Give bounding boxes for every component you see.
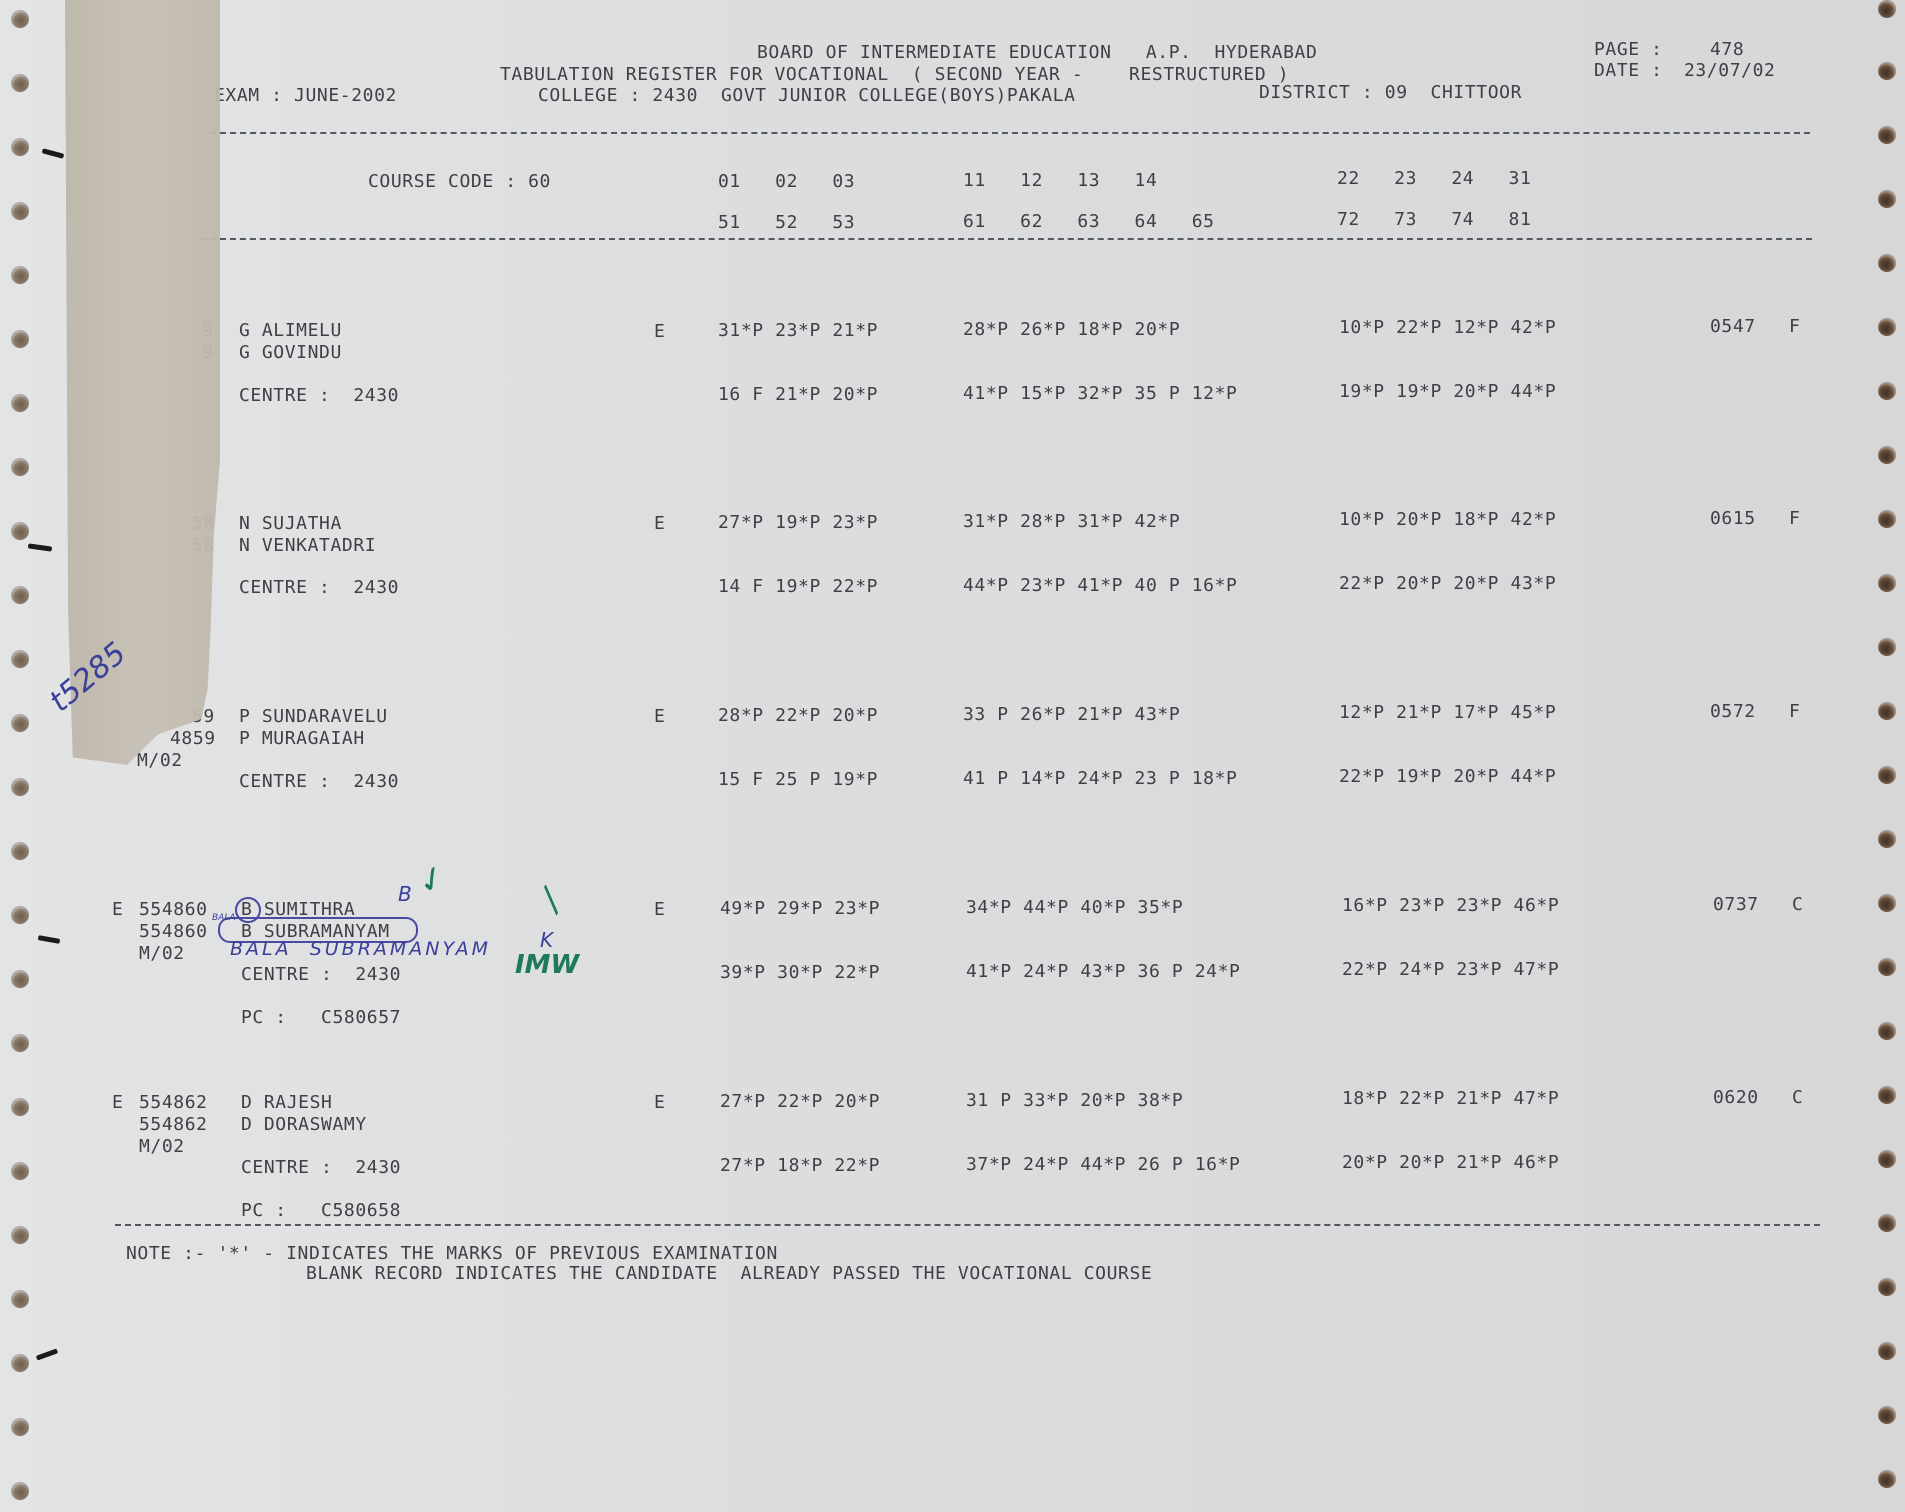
note-line-1: NOTE :- '*' - INDICATES THE MARKS OF PRE…: [126, 1243, 778, 1264]
marks-l2-g1: 15 F 25 P 19*P: [718, 769, 878, 790]
marks-l1-g1: 27*P 19*P 23*P: [718, 512, 878, 533]
sprocket-hole-icon: [11, 1354, 29, 1372]
marks-l1-g1: 49*P 29*P 23*P: [720, 898, 880, 919]
sprocket-hole-icon: [1878, 1086, 1896, 1104]
medium: E: [654, 1092, 665, 1113]
date-value: 23/07/02: [1684, 60, 1776, 81]
handwritten-correction: BALA SUBRAMANYAM: [230, 938, 491, 960]
centre: CENTRE : 2430: [239, 577, 399, 598]
sprocket-hole-icon: [11, 10, 29, 28]
sprocket-hole-icon: [11, 266, 29, 284]
marks-l1-g3: 16*P 23*P 23*P 46*P: [1342, 895, 1559, 916]
hall-ticket: 554862: [139, 1092, 208, 1113]
hall-ticket-2: 554862: [139, 1114, 208, 1135]
sprocket-hole-icon: [1878, 1150, 1896, 1168]
hall-ticket-2: 554860: [139, 921, 208, 942]
sprocket-hole-icon: [1878, 574, 1896, 592]
pc-number: PC : C580658: [241, 1200, 401, 1221]
binding-mark: [36, 1348, 58, 1360]
sprocket-hole-icon: [1878, 510, 1896, 528]
marks-l1-g2: 33 P 26*P 21*P 43*P: [963, 704, 1180, 725]
sprocket-hole-icon: [1878, 126, 1896, 144]
sprocket-hole-icon: [11, 1482, 29, 1500]
sprocket-hole-icon: [1878, 1214, 1896, 1232]
sprocket-hole-icon: [1878, 766, 1896, 784]
sprocket-hole-icon: [11, 714, 29, 732]
sprocket-hole-icon: [1878, 0, 1896, 18]
tick-mark-icon: ✓: [410, 856, 455, 905]
father-name: D DORASWAMY: [241, 1114, 367, 1135]
student-name: P SUNDARAVELU: [239, 706, 388, 727]
col-codes-row2-group2: 61 62 63 64 65: [963, 211, 1215, 232]
marks-l2-g1: 27*P 18*P 22*P: [720, 1155, 880, 1176]
centre: CENTRE : 2430: [239, 771, 399, 792]
sprocket-hole-icon: [11, 458, 29, 476]
student-name: G ALIMELU: [239, 320, 342, 341]
sprocket-hole-icon: [1878, 318, 1896, 336]
student-name: D RAJESH: [241, 1092, 333, 1113]
marks-l2-g3: 22*P 19*P 20*P 44*P: [1339, 766, 1556, 787]
marks-l1-g2: 31 P 33*P 20*P 38*P: [966, 1090, 1183, 1111]
total-marks: 0547: [1710, 316, 1756, 337]
marks-l1-g2: 31*P 28*P 31*P 42*P: [963, 511, 1180, 532]
adhesive-tape: [65, 0, 220, 765]
marks-l2-g1: 39*P 30*P 22*P: [720, 962, 880, 983]
marks-l1-g3: 10*P 22*P 12*P 42*P: [1339, 317, 1556, 338]
marks-l2-g2: 37*P 24*P 44*P 26 P 16*P: [966, 1154, 1241, 1175]
marks-l2-g2: 41*P 24*P 43*P 36 P 24*P: [966, 961, 1241, 982]
binding-mark: [38, 935, 61, 944]
sprocket-hole-icon: [11, 138, 29, 156]
marks-l1-g1: 28*P 22*P 20*P: [718, 705, 878, 726]
handwritten-signature: IMW: [515, 950, 579, 980]
sprocket-hole-icon: [1878, 1470, 1896, 1488]
exam-prefix: E: [112, 1092, 123, 1113]
sprocket-hole-icon: [11, 970, 29, 988]
medium: E: [654, 513, 665, 534]
col-codes-row1-group1: 01 02 03: [718, 171, 855, 192]
sprocket-hole-icon: [1878, 1278, 1896, 1296]
result: F: [1789, 508, 1800, 529]
centre: CENTRE : 2430: [239, 385, 399, 406]
total-marks: 0737: [1713, 894, 1759, 915]
binding-mark: [28, 543, 52, 551]
marks-l1-g3: 12*P 21*P 17*P 45*P: [1339, 702, 1556, 723]
sprocket-hole-icon: [11, 522, 29, 540]
col-codes-row1-group3: 22 23 24 31: [1337, 168, 1531, 189]
sprocket-hole-icon: [11, 650, 29, 668]
sprocket-hole-icon: [11, 842, 29, 860]
note-line-2: BLANK RECORD INDICATES THE CANDIDATE ALR…: [306, 1263, 1152, 1284]
marks-l2-g2: 41 P 14*P 24*P 23 P 18*P: [963, 768, 1238, 789]
result: F: [1789, 701, 1800, 722]
marks-l1-g2: 28*P 26*P 18*P 20*P: [963, 319, 1180, 340]
sprocket-hole-icon: [11, 1034, 29, 1052]
sprocket-hole-icon: [1878, 62, 1896, 80]
marks-l2-g1: 14 F 19*P 22*P: [718, 576, 878, 597]
session: M/02: [137, 750, 183, 771]
sprocket-hole-icon: [1878, 958, 1896, 976]
sprocket-hole-icon: [11, 586, 29, 604]
medium: E: [654, 321, 665, 342]
marks-l2-g3: 22*P 20*P 20*P 43*P: [1339, 573, 1556, 594]
total-marks: 0572: [1710, 701, 1756, 722]
sprocket-hole-icon: [1878, 190, 1896, 208]
sprocket-hole-icon: [1878, 1342, 1896, 1360]
district-label: DISTRICT : 09 CHITTOOR: [1259, 82, 1522, 103]
date-label: DATE :: [1594, 60, 1663, 81]
sprocket-hole-icon: [11, 1418, 29, 1436]
marks-l2-g1: 16 F 21*P 20*P: [718, 384, 878, 405]
sprocket-hole-icon: [11, 1162, 29, 1180]
sprocket-hole-icon: [1878, 1406, 1896, 1424]
sprocket-hole-icon: [1878, 1022, 1896, 1040]
marks-l2-g2: 41*P 15*P 32*P 35 P 12*P: [963, 383, 1238, 404]
marks-l1-g1: 27*P 22*P 20*P: [720, 1091, 880, 1112]
footer-divider: [115, 1224, 1820, 1226]
result: F: [1789, 316, 1800, 337]
sprocket-hole-icon: [1878, 446, 1896, 464]
pc-number: PC : C580657: [241, 1007, 401, 1028]
sprocket-hole-icon: [11, 202, 29, 220]
col-codes-row2-group3: 72 73 74 81: [1337, 209, 1531, 230]
marks-l1-g3: 10*P 20*P 18*P 42*P: [1339, 509, 1556, 530]
sprocket-hole-icon: [1878, 894, 1896, 912]
marks-l2-g3: 22*P 24*P 23*P 47*P: [1342, 959, 1559, 980]
result: C: [1792, 1087, 1803, 1108]
page-label: PAGE :: [1594, 39, 1663, 60]
college-label: COLLEGE : 2430 GOVT JUNIOR COLLEGE(BOYS)…: [538, 85, 1076, 106]
page-number: 478: [1710, 39, 1744, 60]
student-name: N SUJATHA: [239, 513, 342, 534]
father-name: P MURAGAIAH: [239, 728, 365, 749]
marks-l2-g2: 44*P 23*P 41*P 40 P 16*P: [963, 575, 1238, 596]
sprocket-hole-icon: [1878, 638, 1896, 656]
handwritten-small-bala: BALA: [212, 913, 236, 923]
sprocket-hole-icon: [11, 778, 29, 796]
result: C: [1792, 894, 1803, 915]
marks-l1-g1: 31*P 23*P 21*P: [718, 320, 878, 341]
exam-label: EXAM : JUNE-2002: [214, 85, 397, 106]
sprocket-hole-icon: [1878, 830, 1896, 848]
board-title: BOARD OF INTERMEDIATE EDUCATION A.P. HYD…: [757, 42, 1317, 63]
header-divider: [210, 132, 1810, 134]
handwritten-k: K: [540, 928, 553, 952]
sprocket-hole-icon: [11, 1226, 29, 1244]
father-name: N VENKATADRI: [239, 535, 376, 556]
handwritten-initial: B: [398, 882, 412, 906]
sprocket-hole-icon: [11, 1098, 29, 1116]
exam-prefix: E: [112, 899, 123, 920]
centre: CENTRE : 2430: [241, 964, 401, 985]
hall-ticket-2: 4859: [170, 728, 216, 749]
slash-mark-icon: /: [532, 883, 570, 917]
column-divider: [200, 238, 1812, 240]
register-title: TABULATION REGISTER FOR VOCATIONAL ( SEC…: [500, 64, 1289, 85]
col-codes-row2-group1: 51 52 53: [718, 212, 855, 233]
medium: E: [654, 899, 665, 920]
binding-mark: [42, 148, 65, 159]
col-codes-row1-group2: 11 12 13 14: [963, 170, 1157, 191]
sprocket-hole-icon: [11, 330, 29, 348]
sprocket-hole-icon: [11, 906, 29, 924]
course-code: COURSE CODE : 60: [368, 171, 551, 192]
marks-l1-g3: 18*P 22*P 21*P 47*P: [1342, 1088, 1559, 1109]
sprocket-hole-icon: [11, 1290, 29, 1308]
medium: E: [654, 706, 665, 727]
sprocket-hole-icon: [11, 74, 29, 92]
father-name: G GOVINDU: [239, 342, 342, 363]
marks-l2-g3: 20*P 20*P 21*P 46*P: [1342, 1152, 1559, 1173]
sprocket-hole-icon: [1878, 702, 1896, 720]
hall-ticket: 554860: [139, 899, 208, 920]
centre: CENTRE : 2430: [241, 1157, 401, 1178]
tabulation-register-page: BOARD OF INTERMEDIATE EDUCATION A.P. HYD…: [0, 0, 1905, 1512]
sprocket-hole-icon: [1878, 382, 1896, 400]
sprocket-hole-icon: [11, 394, 29, 412]
marks-l1-g2: 34*P 44*P 40*P 35*P: [966, 897, 1183, 918]
total-marks: 0620: [1713, 1087, 1759, 1108]
session: M/02: [139, 943, 185, 964]
session: M/02: [139, 1136, 185, 1157]
total-marks: 0615: [1710, 508, 1756, 529]
sprocket-hole-icon: [1878, 254, 1896, 272]
marks-l2-g3: 19*P 19*P 20*P 44*P: [1339, 381, 1556, 402]
